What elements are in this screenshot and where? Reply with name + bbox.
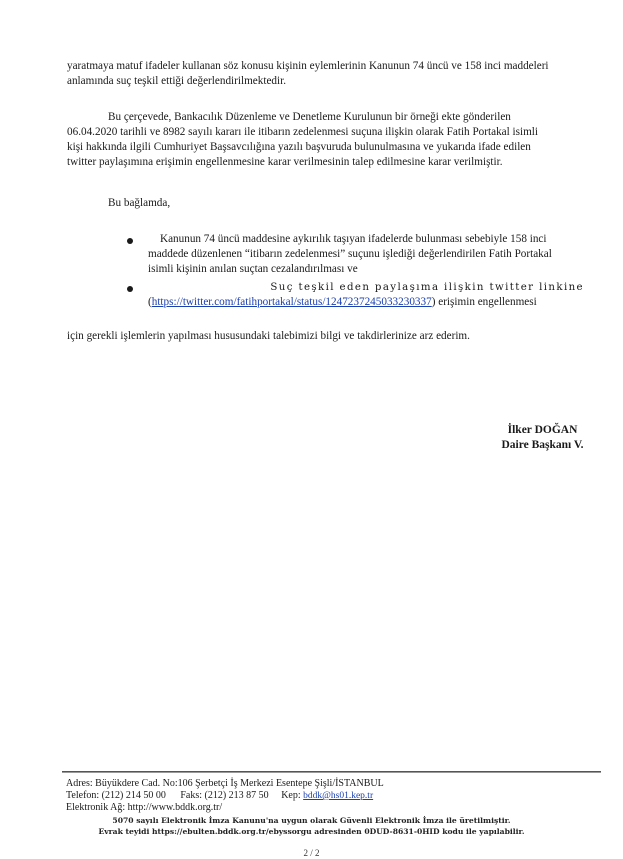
twitter-link[interactable]: https://twitter.com/fatihportakal/status… [152, 296, 432, 308]
text-line: twitter paylaşımına erişimin engellenmes… [67, 155, 592, 170]
text-after-link: ) erişimin engellenmesi [432, 296, 537, 308]
text-line: Bu çerçevede, Bankacılık Düzenleme ve De… [67, 110, 592, 125]
footer-web: Elektronik Ağ: http://www.bddk.org.tr/ [66, 802, 384, 814]
paragraph-evaluation: yaratmaya matuf ifadeler kullanan söz ko… [67, 59, 592, 89]
paragraph-decision: Bu çerçevede, Bankacılık Düzenleme ve De… [67, 110, 592, 170]
text-line: yaratmaya matuf ifadeler kullanan söz ko… [67, 59, 592, 74]
signatory-title: Daire Başkanı V. [480, 438, 605, 453]
text-line: Suç teşkil eden paylaşıma ilişkin twitte… [148, 280, 588, 295]
text-line: maddede düzenlenen “itibarın zedelenmesi… [148, 247, 588, 262]
footer-address: Adres: Büyükdere Cad. No:106 Şerbetçi İş… [66, 778, 384, 790]
signatory-name: İlker DOĞAN [480, 423, 605, 438]
footer-kep-link[interactable]: bddk@hs01.kep.tr [303, 791, 373, 801]
footer-divider [62, 771, 601, 773]
text-line: kişi hakkında ilgili Cumhuriyet Başsavcı… [67, 140, 592, 155]
paragraph-context: Bu bağlamda, [108, 196, 170, 211]
footer-contact: Adres: Büyükdere Cad. No:106 Şerbetçi İş… [66, 778, 384, 814]
bullet-item-punishment: Kanunun 74 üncü maddesine aykırılık taşı… [148, 232, 588, 277]
e-signature-line: 5070 sayılı Elektronik İmza Kanunu'na uy… [0, 815, 623, 826]
e-signature-notice: 5070 sayılı Elektronik İmza Kanunu'na uy… [0, 815, 623, 837]
closing-statement: için gerekli işlemlerin yapılması hususu… [67, 329, 470, 344]
footer-fax: Faks: (212) 213 87 50 [180, 790, 268, 801]
footer-kep-label: Kep: [281, 790, 300, 801]
text-line: 06.04.2020 tarihli ve 8982 sayılı kararı… [67, 125, 592, 140]
footer-phone: Telefon: (212) 214 50 00 [66, 790, 166, 801]
page-number: 2 / 2 [0, 846, 623, 859]
bullet-dot [127, 286, 133, 292]
text-line: Kanunun 74 üncü maddesine aykırılık taşı… [148, 232, 588, 247]
signature-block: İlker DOĞAN Daire Başkanı V. [480, 423, 605, 453]
bullet-item-access-block: Suç teşkil eden paylaşıma ilişkin twitte… [148, 280, 588, 310]
text-line: isimli kişinin anılan suçtan cezalandırı… [148, 262, 588, 277]
verification-line: Evrak teyidi https://ebulten.bddk.org.tr… [0, 826, 623, 837]
footer-phone-row: Telefon: (212) 214 50 00 Faks: (212) 213… [66, 790, 384, 802]
bullet-dot [127, 238, 133, 244]
text-line: anlamında suç teşkil ettiği değerlendiri… [67, 74, 592, 89]
text-line: (https://twitter.com/fatihportakal/statu… [148, 295, 588, 310]
